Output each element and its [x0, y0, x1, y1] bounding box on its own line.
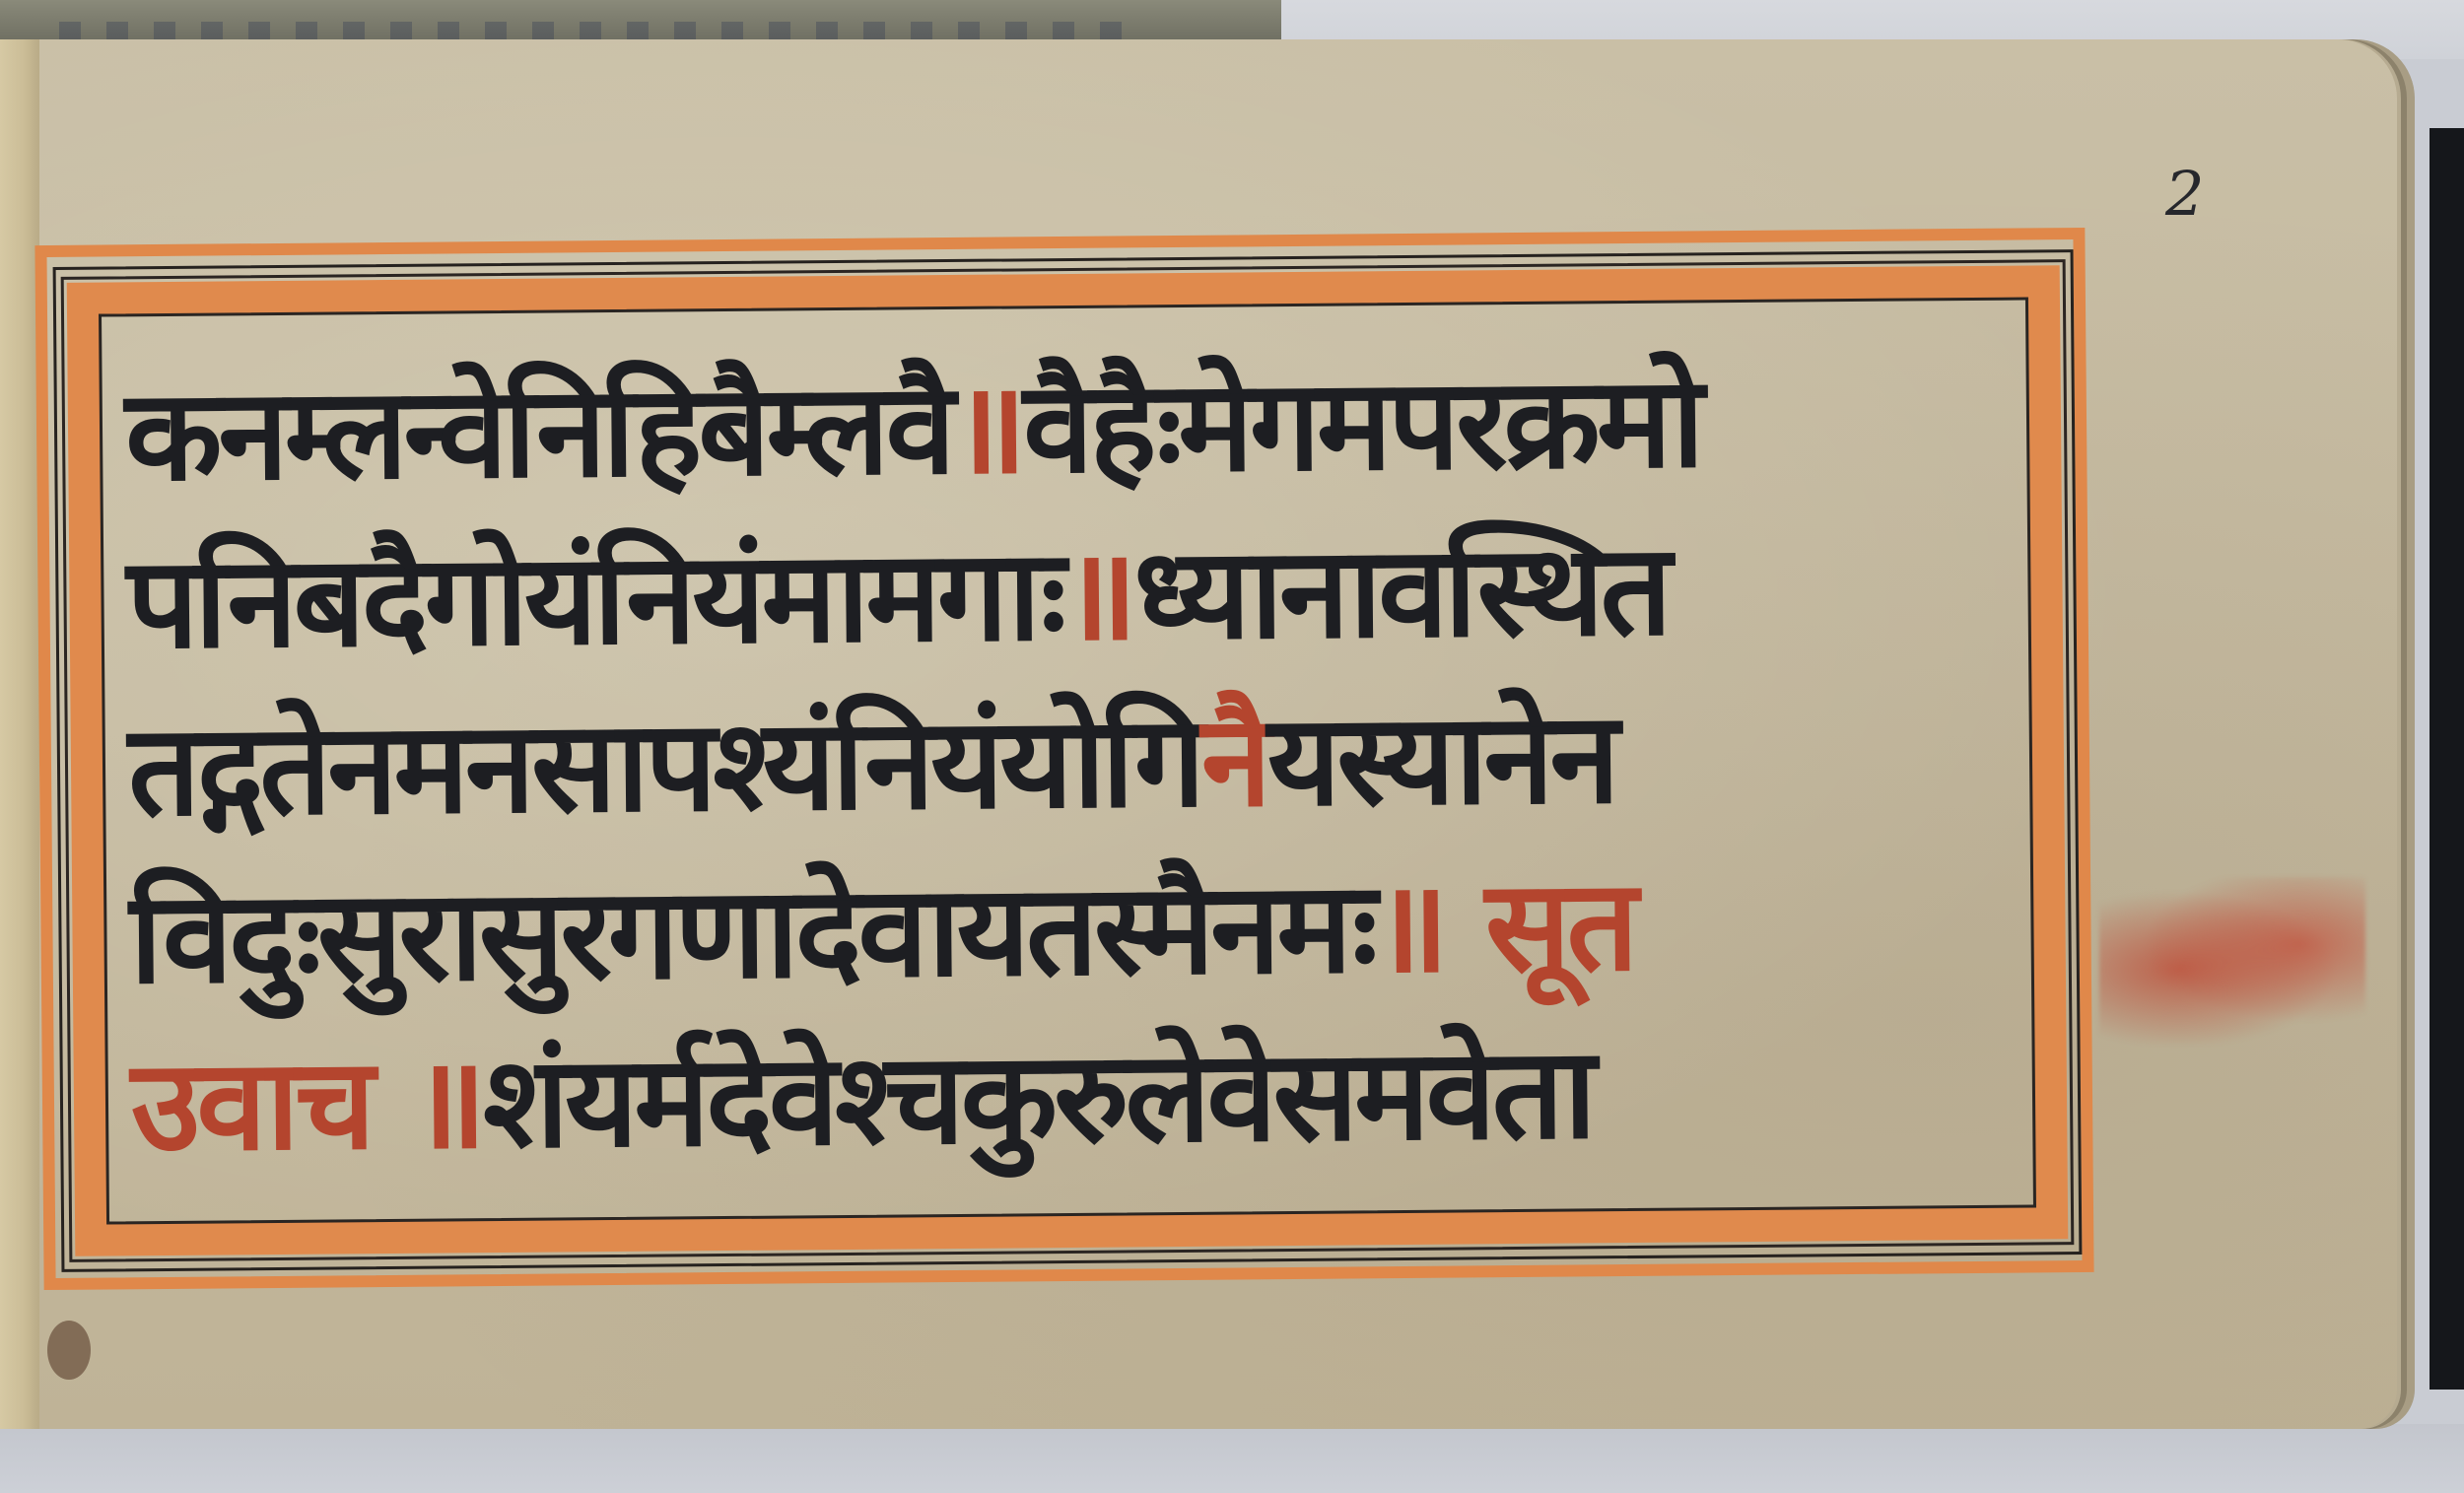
- text-line-2: पनिबदैगोयंनियंमामगाः॥ध्यानावस्थित: [126, 508, 1669, 689]
- danda-red: ॥: [951, 355, 1024, 503]
- background-surface-bottom: [0, 1424, 2464, 1493]
- rubric-red: ॥ सूत: [1373, 852, 1635, 1001]
- text-segment: यस्यानेन: [1266, 685, 1616, 835]
- text-segment: पनिबदैगोयंनियंमामगाः: [126, 522, 1062, 677]
- text-segment: विदुःसुरासुरगणादेवायतस्मैनमः: [129, 854, 1374, 1012]
- text-segment: शंयर्मदेवेश्चकुरुलेवेसमवेता: [482, 1020, 1593, 1177]
- ink-stain: [47, 1321, 91, 1380]
- correction-red: नै: [1200, 688, 1267, 836]
- text-line-1: कनम्लन्वेनिहिबैम्लवै॥वैहैःमेगमपरक्रमो: [124, 339, 1701, 520]
- rubric-red: उवाच ॥: [130, 1030, 483, 1180]
- text-segment: ध्यानावस्थित: [1133, 517, 1669, 669]
- folio-number: 2: [2165, 158, 2204, 230]
- text-line-5: उवाच ॥शंयर्मदेवेश्चकुरुलेवेसमवेता: [130, 1010, 1593, 1190]
- text-line-3: तद्गतेनमनसापश्यंनियंयोगिनैयस्यानेन: [127, 675, 1616, 855]
- text-block: कनम्लन्वेनिहिबैम्लवै॥वैहैःमेगमपरक्रमो पन…: [124, 317, 2015, 1201]
- text-segment: तद्गतेनमनसापश्यंनियंयोगि: [127, 689, 1201, 845]
- text-line-4: विदुःसुरासुरगणादेवायतस्मैनमः॥ सूत: [129, 843, 1635, 1023]
- danda-red: ॥: [1061, 521, 1134, 669]
- dark-backdrop: [2430, 128, 2464, 1390]
- red-pigment-smudge: [2099, 877, 2365, 1045]
- leaf-edge-stack: [0, 39, 39, 1429]
- text-segment: वैहैःमेगमपरक्रमो: [1023, 349, 1701, 502]
- text-segment: कनम्लन्वेनिहिबैम्लवै: [124, 356, 952, 509]
